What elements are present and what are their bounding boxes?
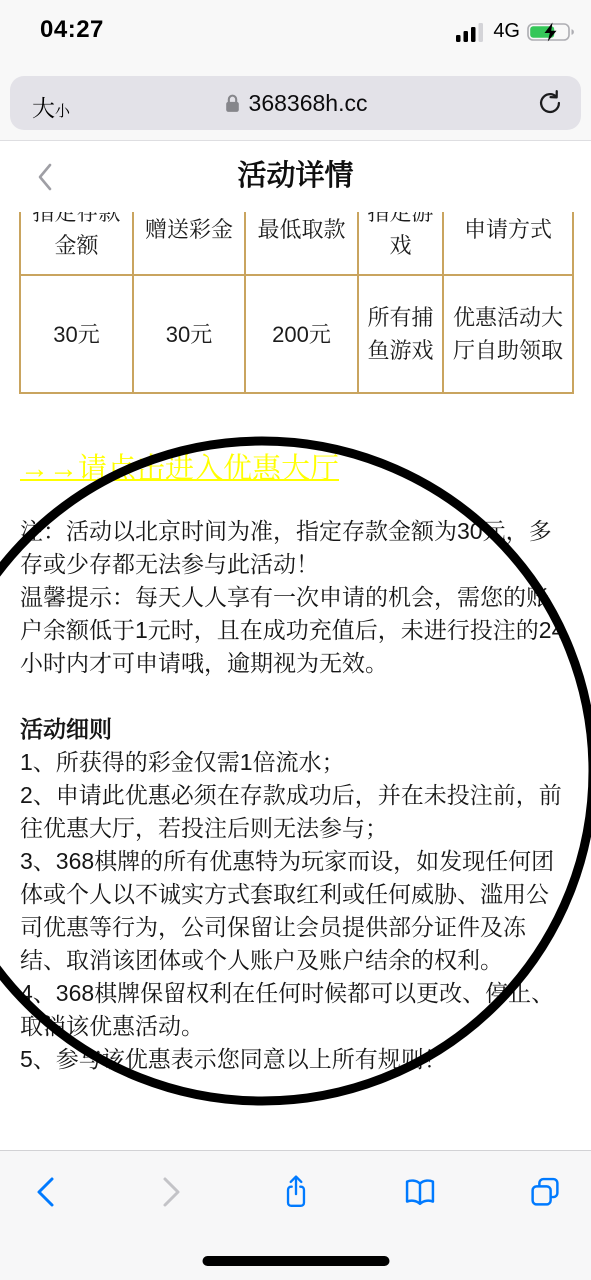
table-cell: 优惠活动大厅自助领取: [443, 275, 573, 393]
reload-icon: [535, 88, 565, 118]
promo-table: 指定存款金额 赠送彩金 最低取款 指定游戏 申请方式 30元 30元 200元 …: [19, 212, 574, 394]
rules-title: 活动细则: [20, 713, 571, 746]
address-bar[interactable]: 大 小 368368h.cc: [10, 76, 581, 130]
rule-item: 2、申请此优惠必须在存款成功后，并在未投注前，前往优惠大厅，若投注后则无法参与；: [20, 779, 571, 845]
url-domain: 368368h.cc: [249, 90, 368, 117]
network-type-label: 4G: [493, 20, 520, 43]
table-header-cell: 指定游戏: [358, 212, 443, 275]
status-bar: 04:27 4G: [0, 0, 591, 58]
table-row: 30元 30元 200元 所有捕鱼游戏 优惠活动大厅自助领取: [20, 275, 573, 393]
page-header: 活动详情: [0, 141, 591, 212]
note-paragraph: 注：活动以北京时间为准，指定存款金额为30元，多存或少存都无法参与此活动！: [20, 515, 571, 581]
rule-item: 3、368棋牌的所有优惠特为玩家而设，如发现任何团体或个人以不诚实方式套取红利或…: [20, 845, 571, 977]
bookmarks-button[interactable]: [402, 1173, 438, 1211]
page-content: 指定存款金额 赠送彩金 最低取款 指定游戏 申请方式 30元 30元 200元 …: [0, 212, 591, 1150]
back-icon: [33, 1174, 59, 1210]
safari-top-chrome: 04:27 4G 大 小: [0, 0, 591, 141]
rules-text: 注：活动以北京时间为准，指定存款金额为30元，多存或少存都无法参与此活动！ 温馨…: [20, 515, 571, 1076]
tabs-button[interactable]: [527, 1173, 563, 1211]
table-header-cell: 赠送彩金: [133, 212, 245, 275]
lock-icon: [224, 93, 241, 114]
share-icon: [279, 1172, 313, 1212]
promo-hall-link[interactable]: →→请点击进入优惠大厅: [20, 446, 339, 487]
battery-icon: [527, 21, 577, 43]
table-cell: 30元: [20, 275, 133, 393]
forward-icon: [158, 1174, 184, 1210]
table-header-row: 指定存款金额 赠送彩金 最低取款 指定游戏 申请方式: [20, 212, 573, 275]
home-indicator[interactable]: [202, 1256, 389, 1266]
share-button[interactable]: [278, 1173, 314, 1211]
rule-item: 1、所获得的彩金仅需1倍流水；: [20, 746, 571, 779]
rule-item: 4、368棋牌保留权利在任何时候都可以更改、停止、取消该优惠活动。: [20, 977, 571, 1043]
table-cell: 200元: [245, 275, 358, 393]
signal-icon: [456, 21, 486, 43]
browser-forward-button[interactable]: [153, 1173, 189, 1211]
table-header-cell: 指定存款金额: [20, 212, 133, 275]
bookmarks-icon: [402, 1174, 438, 1210]
reload-button[interactable]: [535, 88, 565, 118]
browser-back-button[interactable]: [28, 1173, 64, 1211]
table-cell: 30元: [133, 275, 245, 393]
table-header-cell: 申请方式: [443, 212, 573, 275]
tip-paragraph: 温馨提示：每天人人享有一次申请的机会，需您的账户余额低于1元时，且在成功充值后，…: [20, 581, 571, 680]
page-title: 活动详情: [0, 141, 591, 212]
safari-bottom-toolbar: [0, 1150, 591, 1280]
rule-item: 5、参与该优惠表示您同意以上所有规则！: [20, 1043, 571, 1076]
tabs-icon: [527, 1174, 563, 1210]
table-header-cell: 最低取款: [245, 212, 358, 275]
table-cell: 所有捕鱼游戏: [358, 275, 443, 393]
status-time: 04:27: [40, 16, 104, 44]
